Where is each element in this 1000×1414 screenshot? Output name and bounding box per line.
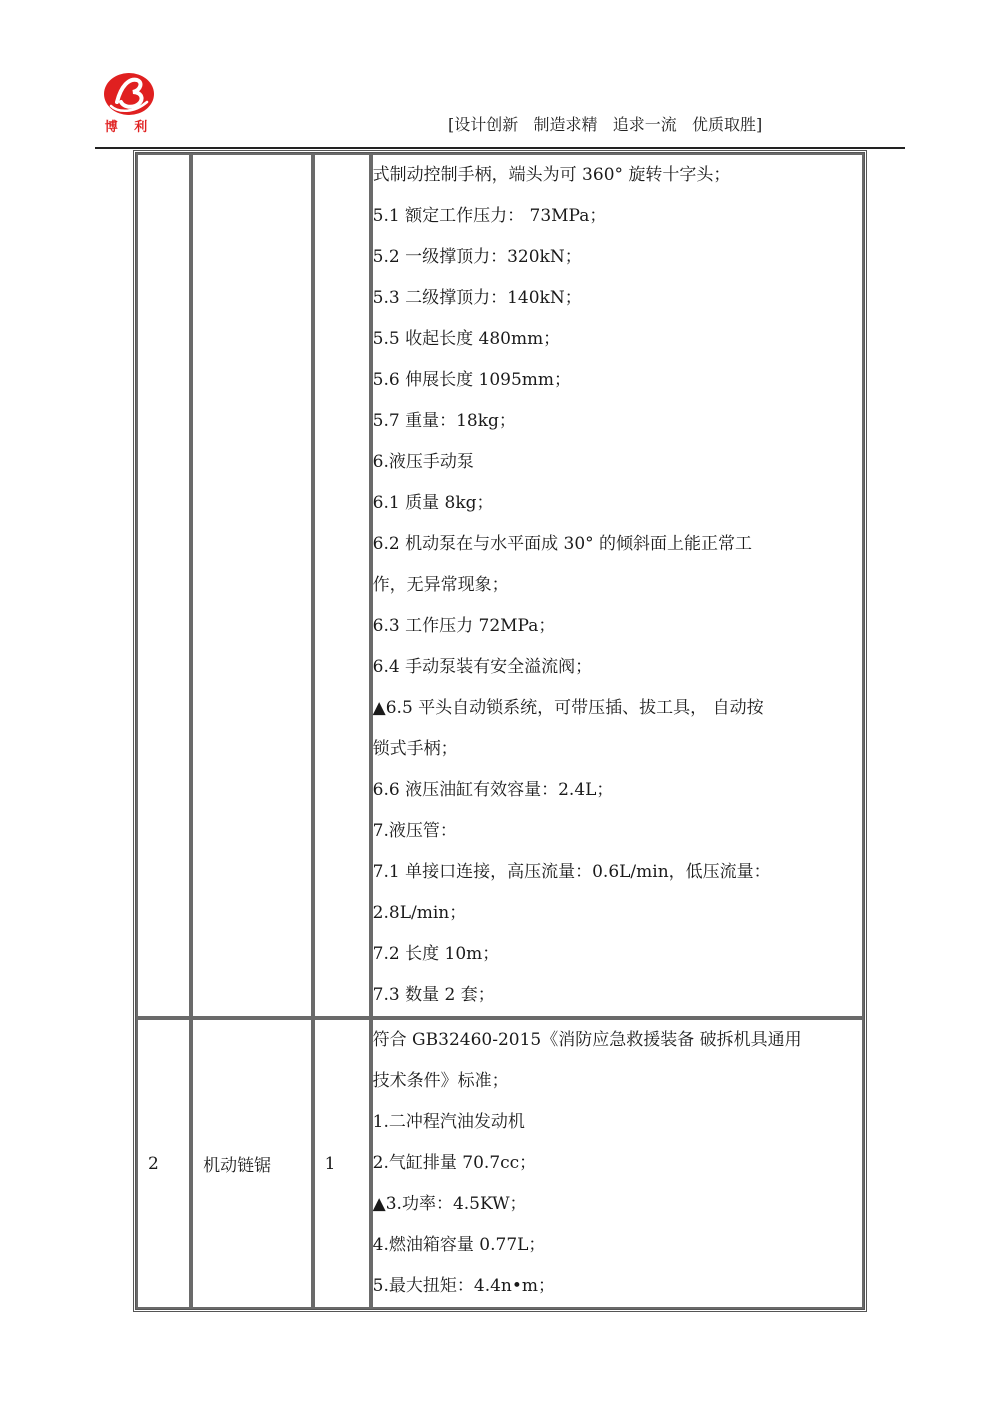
spec-table: 式制动控制手柄，端头为可 360° 旋转十字头； 5.1 额定工作压力： 73M… xyxy=(133,150,867,1312)
spec-line: ▲6.5 平头自动锁系统，可带压插、拔工具， 自动按 xyxy=(373,688,862,729)
quantity-cell: 1 xyxy=(313,1018,371,1309)
spec-line: 2.8L/min； xyxy=(373,893,862,934)
spec-line: 7.3 数量 2 套； xyxy=(373,975,862,1016)
spec-line: 6.6 液压油缸有效容量：2.4L； xyxy=(373,770,862,811)
spec-line: 7.1 单接口连接，高压流量：0.6L/min，低压流量： xyxy=(373,852,862,893)
name-cell xyxy=(191,153,312,1018)
spec-line: 6.3 工作压力 72MPa； xyxy=(373,606,862,647)
spec-line: 6.1 质量 8kg； xyxy=(373,483,862,524)
spec-line: 5.6 伸展长度 1095mm； xyxy=(373,360,862,401)
spec-line: 式制动控制手柄，端头为可 360° 旋转十字头； xyxy=(373,155,862,196)
company-logo: 博 利 xyxy=(103,72,155,134)
spec-line: 技术条件》标准； xyxy=(373,1061,862,1102)
spec-line: 锁式手柄； xyxy=(373,729,862,770)
spec-line: 1.二冲程汽油发动机 xyxy=(373,1102,862,1143)
logo-text: 博 利 xyxy=(103,116,155,135)
index-cell: 2 xyxy=(136,1018,191,1309)
company-slogan: [设计创新 制造求精 追求一流 优质取胜] xyxy=(448,112,762,135)
spec-line: 5.最大扭矩：4.4n•m； xyxy=(373,1266,862,1307)
table-row: 2 机动链锯 1 符合 GB32460-2015《消防应急救援装备 破拆机具通用… xyxy=(136,1018,864,1309)
spec-line: 6.液压手动泵 xyxy=(373,442,862,483)
spec-line: 2.气缸排量 70.7cc； xyxy=(373,1143,862,1184)
spec-line: 5.3 二级撑顶力：140kN； xyxy=(373,278,862,319)
spec-line: 6.4 手动泵装有安全溢流阀； xyxy=(373,647,862,688)
spec-line: 5.5 收起长度 480mm； xyxy=(373,319,862,360)
spec-line: 符合 GB32460-2015《消防应急救援装备 破拆机具通用 xyxy=(373,1020,862,1061)
header-divider xyxy=(95,147,905,149)
spec-line: ▲3.功率：4.5KW； xyxy=(373,1184,862,1225)
index-cell xyxy=(136,153,191,1018)
spec-line: 7.液压管： xyxy=(373,811,862,852)
logo-mark-icon xyxy=(103,72,155,116)
spec-line: 5.2 一级撑顶力：320kN； xyxy=(373,237,862,278)
spec-line: 7.2 长度 10m； xyxy=(373,934,862,975)
table-row: 式制动控制手柄，端头为可 360° 旋转十字头； 5.1 额定工作压力： 73M… xyxy=(136,153,864,1018)
spec-line: 5.1 额定工作压力： 73MPa； xyxy=(373,196,862,237)
name-cell: 机动链锯 xyxy=(191,1018,312,1309)
description-cell: 符合 GB32460-2015《消防应急救援装备 破拆机具通用 技术条件》标准；… xyxy=(371,1018,864,1309)
spec-line: 作，无异常现象； xyxy=(373,565,862,606)
spec-line: 5.7 重量：18kg； xyxy=(373,401,862,442)
spec-line: 4.燃油箱容量 0.77L； xyxy=(373,1225,862,1266)
quantity-cell xyxy=(313,153,371,1018)
spec-line: 6.2 机动泵在与水平面成 30° 的倾斜面上能正常工 xyxy=(373,524,862,565)
description-cell: 式制动控制手柄，端头为可 360° 旋转十字头； 5.1 额定工作压力： 73M… xyxy=(371,153,864,1018)
